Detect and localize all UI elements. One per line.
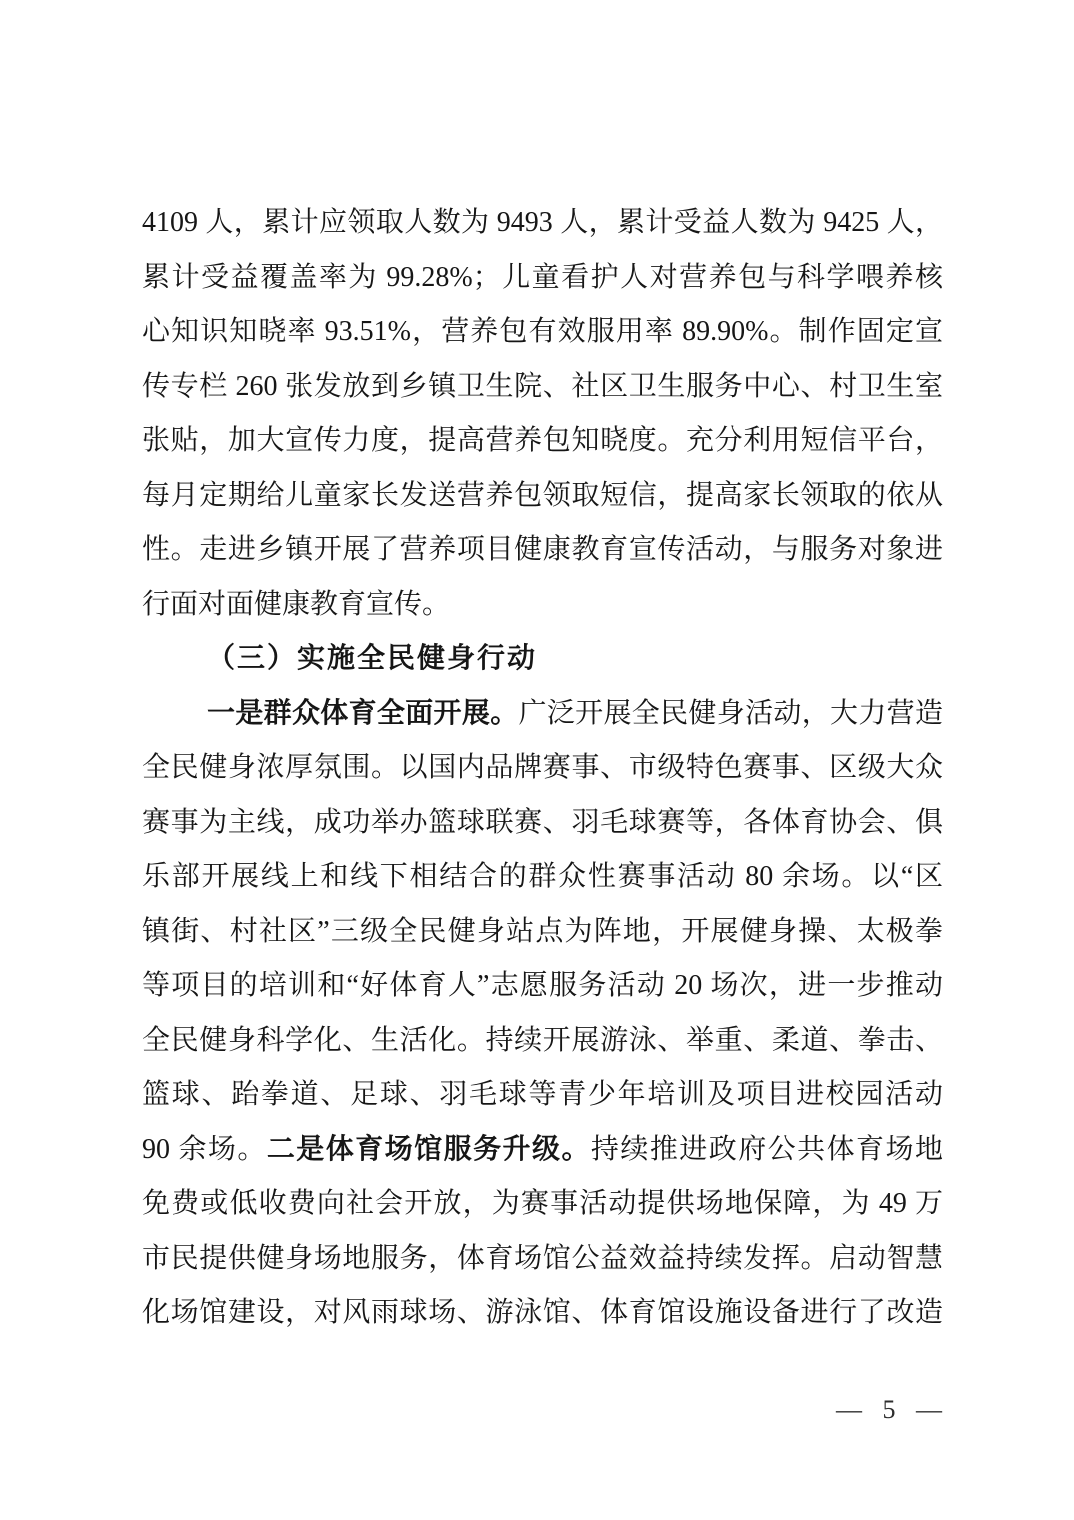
body-text-line: 心知识知晓率 93.51%，营养包有效服用率 89.90%。制作固定宣: [142, 305, 943, 360]
body-text-line: 4109 人，累计应领取人数为 9493 人，累计受益人数为 9425 人，: [142, 196, 943, 251]
body-text-line: 赛事为主线，成功举办篮球联赛、羽毛球赛等，各体育协会、俱: [142, 796, 943, 851]
page-number: — 5 —: [836, 1392, 943, 1428]
body-text-line: 市民提供健身场地服务，体育场馆公益效益持续发挥。启动智慧: [142, 1232, 943, 1287]
text-block: 4109 人，累计应领取人数为 9493 人，累计受益人数为 9425 人， 累…: [142, 196, 943, 1341]
body-text-line: 一是群众体育全面开展。广泛开展全民健身活动，大力营造: [142, 687, 943, 742]
body-text-line: 免费或低收费向社会开放，为赛事活动提供场地保障，为 49 万: [142, 1177, 943, 1232]
body-text-line: 性。走进乡镇开展了营养项目健康教育宣传活动，与服务对象进: [142, 523, 943, 578]
body-text-line: 全民健身浓厚氛围。以国内品牌赛事、市级特色赛事、区级大众: [142, 741, 943, 796]
body-text-line: 镇街、村社区”三级全民健身站点为阵地，开展健身操、太极拳: [142, 905, 943, 960]
body-text-line: 全民健身科学化、生活化。持续开展游泳、举重、柔道、拳击、: [142, 1014, 943, 1069]
body-text-line: 篮球、跆拳道、足球、羽毛球等青少年培训及项目进校园活动: [142, 1068, 943, 1123]
section-heading: （三）实施全民健身行动: [142, 632, 943, 687]
text-run: 持续推进政府公共体育场地: [591, 1134, 943, 1165]
document-page: 4109 人，累计应领取人数为 9493 人，累计受益人数为 9425 人， 累…: [0, 0, 1074, 1520]
body-text-line: 等项目的培训和“好体育人”志愿服务活动 20 场次，进一步推动: [142, 959, 943, 1014]
bold-run: 二是体育场馆服务升级。: [267, 1134, 591, 1165]
bold-run: 一是群众体育全面开展。: [207, 698, 519, 729]
body-text-line: 化场馆建设，对风雨球场、游泳馆、体育馆设施设备进行了改造: [142, 1286, 943, 1341]
body-text-line: 张贴，加大宣传力度，提高营养包知晓度。充分利用短信平台，: [142, 414, 943, 469]
text-run: 90 余场。: [142, 1134, 267, 1165]
body-text-line: 行面对面健康教育宣传。: [142, 578, 943, 633]
text-run: 广泛开展全民健身活动，大力营造: [519, 698, 943, 729]
body-text-line: 每月定期给儿童家长发送营养包领取短信，提高家长领取的依从: [142, 469, 943, 524]
body-text-line: 传专栏 260 张发放到乡镇卫生院、社区卫生服务中心、村卫生室: [142, 360, 943, 415]
body-text-line: 乐部开展线上和线下相结合的群众性赛事活动 80 余场。以“区级、: [142, 850, 943, 905]
body-text-line: 累计受益覆盖率为 99.28%；儿童看护人对营养包与科学喂养核: [142, 251, 943, 306]
body-text-line: 90 余场。二是体育场馆服务升级。持续推进政府公共体育场地: [142, 1123, 943, 1178]
